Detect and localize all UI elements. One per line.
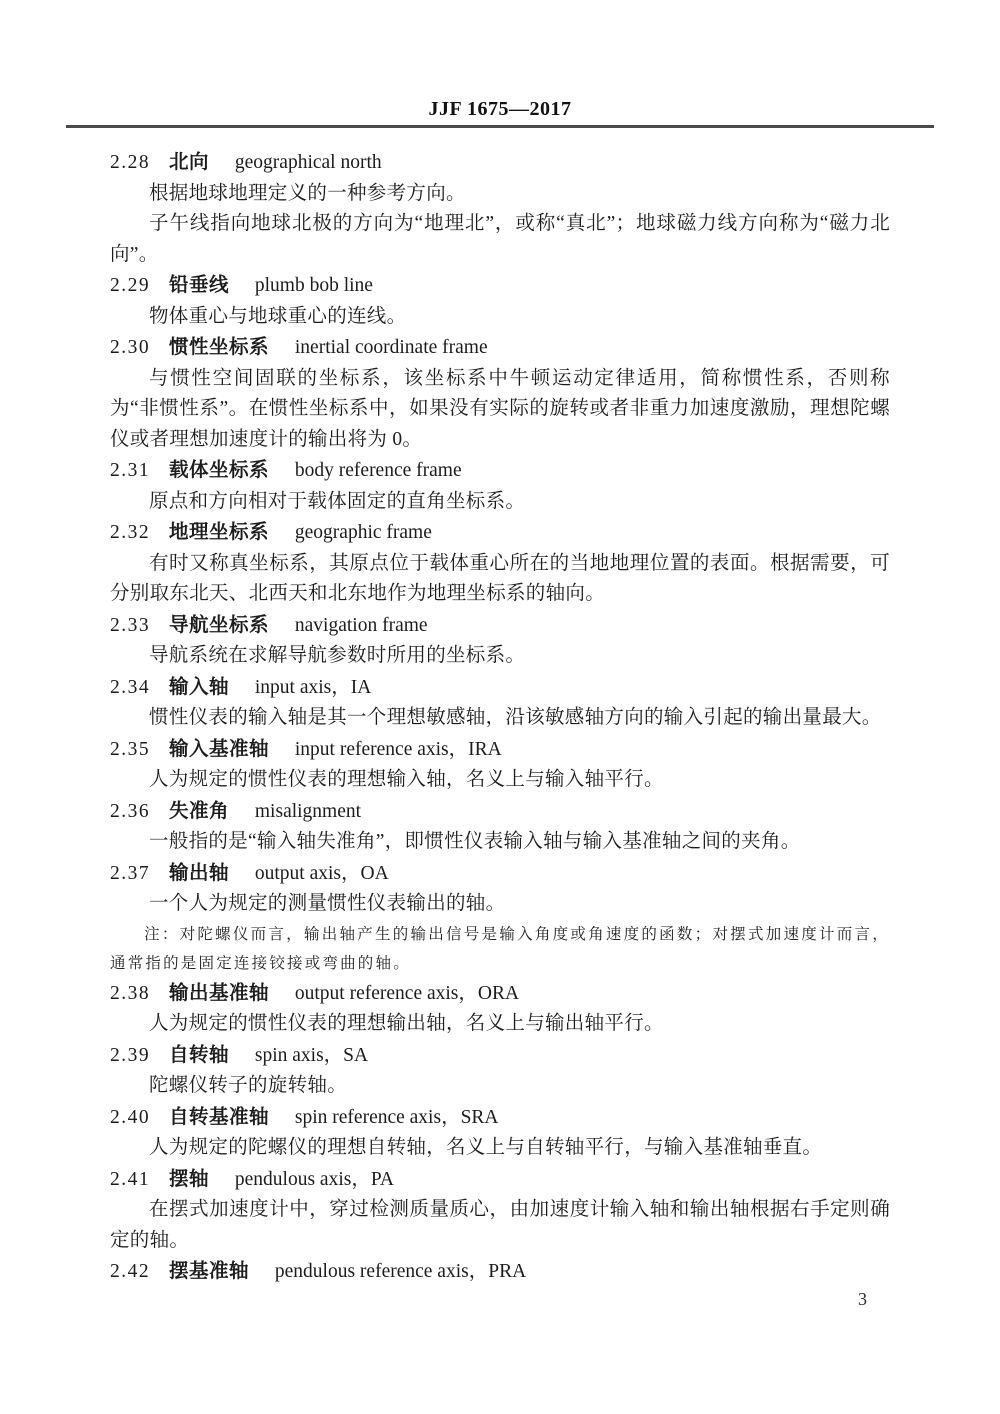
header-rule [66, 125, 934, 128]
terms-list: 2.28 北向 geographical north 根据地球地理定义的一种参考… [110, 147, 890, 1288]
term-english: pendulous reference axis，PRA [275, 1261, 526, 1282]
term-entry: 2.33 导航坐标系 navigation frame 导航系统在求解导航参数时… [110, 610, 890, 672]
term-chinese: 输入轴 [169, 676, 229, 698]
term-english: pendulous axis，PA [235, 1169, 394, 1190]
definition-paragraph: 子午线指向地球北极的方向为“地理北”，或称“真北”；地球磁力线方向称为“磁力北向… [110, 209, 890, 270]
term-number: 2.39 [110, 1045, 150, 1066]
term-heading: 2.30 惯性坐标系 inertial coordinate frame [110, 332, 890, 364]
term-number: 2.30 [110, 337, 150, 358]
term-english: plumb bob line [255, 275, 373, 296]
term-heading: 2.34 输入轴 input axis，IA [110, 672, 890, 704]
term-heading: 2.35 输入基准轴 input reference axis，IRA [110, 734, 890, 766]
term-heading: 2.28 北向 geographical north [110, 147, 890, 179]
term-chinese: 北向 [169, 151, 209, 173]
term-heading: 2.40 自转基准轴 spin reference axis，SRA [110, 1102, 890, 1134]
term-entry: 2.37 输出轴 output axis，OA 一个人为规定的测量惯性仪表输出的… [110, 858, 890, 978]
definition-paragraph: 一个人为规定的测量惯性仪表输出的轴。 [110, 889, 890, 920]
term-heading: 2.42 摆基准轴 pendulous reference axis，PRA [110, 1256, 890, 1288]
term-entry: 2.30 惯性坐标系 inertial coordinate frame 与惯性… [110, 332, 890, 455]
term-english: geographic frame [295, 522, 432, 543]
term-heading: 2.37 输出轴 output axis，OA [110, 858, 890, 890]
term-english: geographical north [235, 152, 382, 173]
term-number: 2.40 [110, 1107, 150, 1128]
term-entry: 2.39 自转轴 spin axis，SA 陀螺仪转子的旋转轴。 [110, 1040, 890, 1102]
term-entry: 2.38 输出基准轴 output reference axis，ORA 人为规… [110, 978, 890, 1040]
term-number: 2.29 [110, 275, 150, 296]
term-heading: 2.41 摆轴 pendulous axis，PA [110, 1164, 890, 1196]
term-english: inertial coordinate frame [295, 337, 488, 358]
term-heading: 2.32 地理坐标系 geographic frame [110, 517, 890, 549]
term-heading: 2.39 自转轴 spin axis，SA [110, 1040, 890, 1072]
term-number: 2.33 [110, 615, 150, 636]
term-number: 2.37 [110, 863, 150, 884]
term-heading: 2.33 导航坐标系 navigation frame [110, 610, 890, 642]
definition-paragraph: 人为规定的陀螺仪的理想自转轴，名义上与自转轴平行，与输入基准轴垂直。 [110, 1133, 890, 1164]
term-entry: 2.31 载体坐标系 body reference frame 原点和方向相对于… [110, 455, 890, 517]
term-entry: 2.40 自转基准轴 spin reference axis，SRA 人为规定的… [110, 1102, 890, 1164]
term-chinese: 摆基准轴 [169, 1260, 249, 1282]
term-english: output reference axis，ORA [295, 983, 519, 1004]
term-chinese: 自转轴 [169, 1044, 229, 1066]
term-number: 2.28 [110, 152, 150, 173]
term-chinese: 摆轴 [169, 1168, 209, 1190]
definition-paragraph: 物体重心与地球重心的连线。 [110, 302, 890, 333]
definition-paragraph: 人为规定的惯性仪表的理想输入轴，名义上与输入轴平行。 [110, 765, 890, 796]
term-chinese: 失准角 [169, 800, 229, 822]
term-note: 注：对陀螺仪而言，输出轴产生的输出信号是输入角度或角速度的函数；对摆式加速度计而… [110, 920, 890, 978]
term-chinese: 地理坐标系 [169, 521, 269, 543]
definition-paragraph: 与惯性空间固联的坐标系，该坐标系中牛顿运动定律适用，简称惯性系，否则称为“非惯性… [110, 364, 890, 456]
document-code: JJF 1675—2017 [0, 98, 1000, 120]
term-number: 2.31 [110, 460, 150, 481]
term-english: input reference axis，IRA [295, 739, 502, 760]
term-number: 2.36 [110, 801, 150, 822]
term-english: misalignment [255, 801, 361, 822]
term-number: 2.32 [110, 522, 150, 543]
definition-paragraph: 在摆式加速度计中，穿过检测质量质心，由加速度计输入轴和输出轴根据右手定则确定的轴… [110, 1195, 890, 1256]
definition-paragraph: 人为规定的惯性仪表的理想输出轴，名义上与输出轴平行。 [110, 1009, 890, 1040]
term-chinese: 导航坐标系 [169, 614, 269, 636]
term-chinese: 输入基准轴 [169, 738, 269, 760]
definition-paragraph: 一般指的是“输入轴失准角”，即惯性仪表输入轴与输入基准轴之间的夹角。 [110, 827, 890, 858]
term-chinese: 载体坐标系 [169, 459, 269, 481]
term-entry: 2.36 失准角 misalignment 一般指的是“输入轴失准角”，即惯性仪… [110, 796, 890, 858]
term-entry: 2.42 摆基准轴 pendulous reference axis，PRA [110, 1256, 890, 1288]
definition-paragraph: 导航系统在求解导航参数时所用的坐标系。 [110, 641, 890, 672]
term-heading: 2.38 输出基准轴 output reference axis，ORA [110, 978, 890, 1010]
term-chinese: 惯性坐标系 [169, 336, 269, 358]
definition-paragraph: 陀螺仪转子的旋转轴。 [110, 1071, 890, 1102]
term-entry: 2.34 输入轴 input axis，IA 惯性仪表的输入轴是其一个理想敏感轴… [110, 672, 890, 734]
term-number: 2.34 [110, 677, 150, 698]
term-entry: 2.35 输入基准轴 input reference axis，IRA 人为规定… [110, 734, 890, 796]
term-heading: 2.36 失准角 misalignment [110, 796, 890, 828]
definition-paragraph: 惯性仪表的输入轴是其一个理想敏感轴，沿该敏感轴方向的输入引起的输出量最大。 [110, 703, 890, 734]
term-number: 2.38 [110, 983, 150, 1004]
term-heading: 2.31 载体坐标系 body reference frame [110, 455, 890, 487]
term-number: 2.41 [110, 1169, 150, 1190]
definition-paragraph: 根据地球地理定义的一种参考方向。 [110, 179, 890, 210]
term-english: spin reference axis，SRA [295, 1107, 499, 1128]
term-english: output axis，OA [255, 863, 389, 884]
page-number: 3 [858, 1289, 867, 1310]
term-chinese: 铅垂线 [169, 274, 229, 296]
definition-paragraph: 原点和方向相对于载体固定的直角坐标系。 [110, 487, 890, 518]
definition-paragraph: 有时又称真坐标系，其原点位于载体重心所在的当地地理位置的表面。根据需要，可分别取… [110, 549, 890, 610]
term-entry: 2.28 北向 geographical north 根据地球地理定义的一种参考… [110, 147, 890, 270]
term-number: 2.35 [110, 739, 150, 760]
term-english: navigation frame [295, 615, 428, 636]
term-english: input axis，IA [255, 677, 371, 698]
term-english: body reference frame [295, 460, 462, 481]
page-header: JJF 1675—2017 [0, 0, 1000, 128]
term-chinese: 自转基准轴 [169, 1106, 269, 1128]
term-number: 2.42 [110, 1261, 150, 1282]
term-chinese: 输出基准轴 [169, 982, 269, 1004]
term-heading: 2.29 铅垂线 plumb bob line [110, 270, 890, 302]
term-entry: 2.32 地理坐标系 geographic frame 有时又称真坐标系，其原点… [110, 517, 890, 610]
term-entry: 2.41 摆轴 pendulous axis，PA 在摆式加速度计中，穿过检测质… [110, 1164, 890, 1257]
term-chinese: 输出轴 [169, 862, 229, 884]
term-english: spin axis，SA [255, 1045, 368, 1066]
document-page: JJF 1675—2017 2.28 北向 geographical north… [0, 0, 1000, 1414]
term-entry: 2.29 铅垂线 plumb bob line 物体重心与地球重心的连线。 [110, 270, 890, 332]
